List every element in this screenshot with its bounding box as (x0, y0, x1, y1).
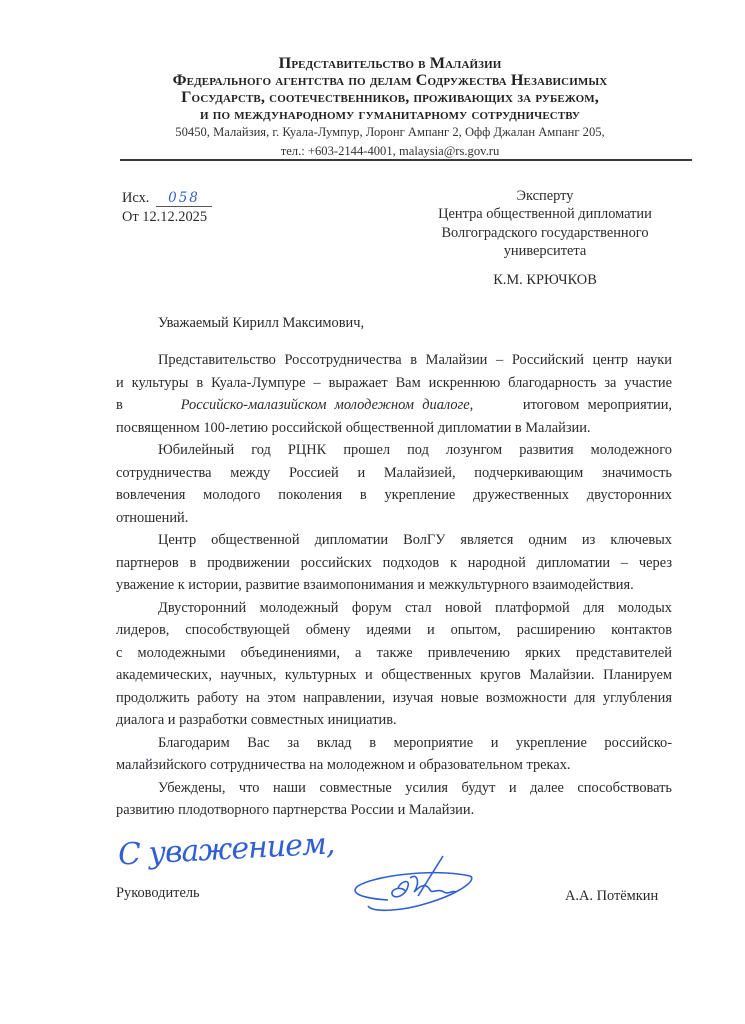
body-line: Юбилейный год РЦНК прошел под лозунгом р… (116, 439, 672, 462)
body-line: развитию плодотворного партнерства Росси… (116, 799, 672, 822)
body-line: продолжить работу на этом направлении, и… (116, 687, 672, 710)
body-line: Центр общественной дипломатии ВолГУ явля… (116, 529, 672, 552)
letterhead-address: 50450, Малайзия, г. Куала-Лумпур, Лоронг… (100, 124, 680, 140)
body-line: Двусторонний молодежный форум стал новой… (116, 597, 672, 620)
letterhead-title-line-2: Федерального агентства по делам Содружес… (100, 72, 680, 90)
letterhead-divider (120, 159, 692, 161)
event-name-italic: Российско-малазийском молодежном диалоге… (181, 397, 473, 413)
paragraph-1: Представительство Россотрудничества в Ма… (116, 349, 672, 439)
handwritten-closing: С уважением, (117, 826, 335, 872)
letter-body: Представительство Россотрудничества в Ма… (116, 349, 672, 822)
body-line: сотрудничества между Россией и Малайзией… (116, 462, 672, 485)
body-line: Благодарим Вас за вклад в мероприятие и … (116, 732, 672, 755)
paragraph-6: Убеждены, что наши совместные усилия буд… (116, 777, 672, 822)
signatory-role: Руководитель (116, 884, 200, 902)
letter-date: От 12.12.2025 (122, 208, 207, 226)
addressee-line-2: Центра общественной дипломатии (380, 205, 710, 223)
addressee-line-3: Волгоградского государственного (380, 224, 710, 242)
body-line: Представительство Россотрудничества в Ма… (116, 349, 672, 372)
letterhead-title-line-3: Государств, соотечественников, проживающ… (100, 89, 680, 107)
salutation: Уважаемый Кирилл Максимович, (158, 314, 364, 332)
body-line: академических, научных, культурных и общ… (116, 664, 672, 687)
paragraph-5: Благодарим Вас за вклад в мероприятие и … (116, 732, 672, 777)
ink-speck (147, 760, 149, 762)
body-line: посвященном 100-летию российской обществ… (116, 417, 672, 440)
handwritten-number: 058 (156, 191, 212, 207)
body-line: лидеров, способствующей обмену идеями и … (116, 619, 672, 642)
letterhead-title-line-1: Представительство в Малайзии (100, 55, 680, 73)
body-line: диалога и разработки совместных инициати… (116, 709, 672, 732)
letterhead-title-line-4: и по международному гуманитарному сотруд… (100, 106, 680, 124)
body-line: партнеров в продвижении российских подхо… (116, 552, 672, 575)
body-line: вовлечения молодого поколения в укреплен… (116, 484, 672, 507)
outgoing-label: Исх. (122, 190, 149, 206)
paragraph-4: Двусторонний молодежный форум стал новой… (116, 597, 672, 732)
body-line: и культуры в Куала-Лумпуре – выражает Ва… (116, 372, 672, 395)
body-line: малайзийского сотрудничества на молодежн… (116, 754, 672, 777)
body-text: итоговом мероприятии, (523, 397, 672, 413)
paragraph-3: Центр общественной дипломатии ВолГУ явля… (116, 529, 672, 597)
addressee-line-4: университета (380, 242, 710, 260)
body-line: отношений. (116, 507, 672, 530)
letterhead-contacts: тел.: +603-2144-4001, malaysia@rs.gov.ru (100, 143, 680, 159)
signatory-name: А.А. Потёмкин (565, 887, 658, 905)
signature-icon (348, 848, 478, 918)
addressee-line-1: Эксперту (380, 187, 710, 205)
body-text: в (116, 397, 123, 413)
body-line: с молодежными объединениями, а также при… (116, 642, 672, 665)
letter-page: Представительство в Малайзии Федеральног… (0, 0, 745, 1024)
body-line: уважение к истории, развитие взаимопоним… (116, 574, 672, 597)
outgoing-number: Исх. 058 (122, 189, 212, 207)
body-line: Убеждены, что наши совместные усилия буд… (116, 777, 672, 800)
paragraph-2: Юбилейный год РЦНК прошел под лозунгом р… (116, 439, 672, 529)
addressee-name: К.М. КРЮЧКОВ (380, 271, 710, 289)
body-line: в Российско-малазийском молодежном диало… (116, 394, 672, 417)
